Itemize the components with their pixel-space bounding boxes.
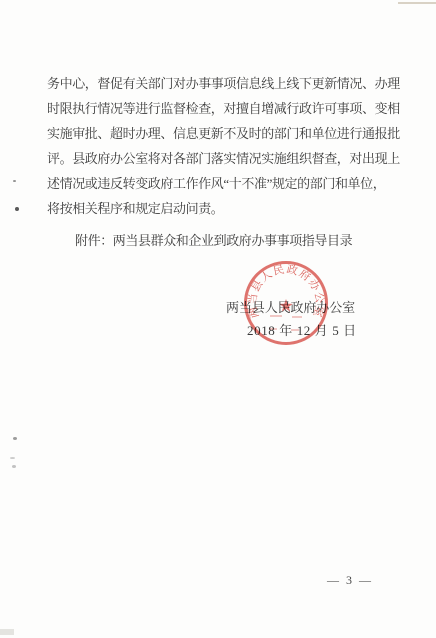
scan-edge-line [398,2,436,4]
scan-artifact-dot [12,465,16,468]
seal-arc-text: 两当县人民政府办公室 [245,262,328,320]
seal-arc-text-holder: 两当县人民政府办公室 [245,262,328,320]
body-line: 时限执行情况等进行监督检查，对擅自增减行政许可事项、变相 [47,96,409,121]
scan-smudge [0,629,14,635]
scan-artifact-dot [13,180,16,182]
official-seal: 两当县人民政府办公室 [236,253,336,353]
body-line: 评。县政府办公室将对各部门落实情况实施组织督查，对出现上 [47,146,409,171]
scan-artifact-dot [10,457,15,459]
attachment-line: 附件：两当县群众和企业到政府办事事项指导目录 [75,228,352,253]
page-number: — 3 — [327,573,373,588]
star-icon [279,299,292,312]
scan-artifact-dot [15,207,19,211]
body-line: 实施审批、超时办理、信息更新不及时的部门和单位进行通报批 [47,121,409,146]
seal-inner-smudge [269,316,302,330]
body-paragraph: 务中心，督促有关部门对办事事项信息线上线下更新情况、办理 时限执行情况等进行监督… [47,71,409,221]
scan-artifact-dot [13,437,17,440]
body-line: 将按相关程序和规定启动问责。 [47,196,409,221]
document-page: 务中心，督促有关部门对办事事项信息线上线下更新情况、办理 时限执行情况等进行监督… [0,0,436,638]
body-line: 务中心，督促有关部门对办事事项信息线上线下更新情况、办理 [47,71,409,96]
body-line: 述情况或违反转变政府工作作风“十不准”规定的部门和单位， [47,171,409,196]
